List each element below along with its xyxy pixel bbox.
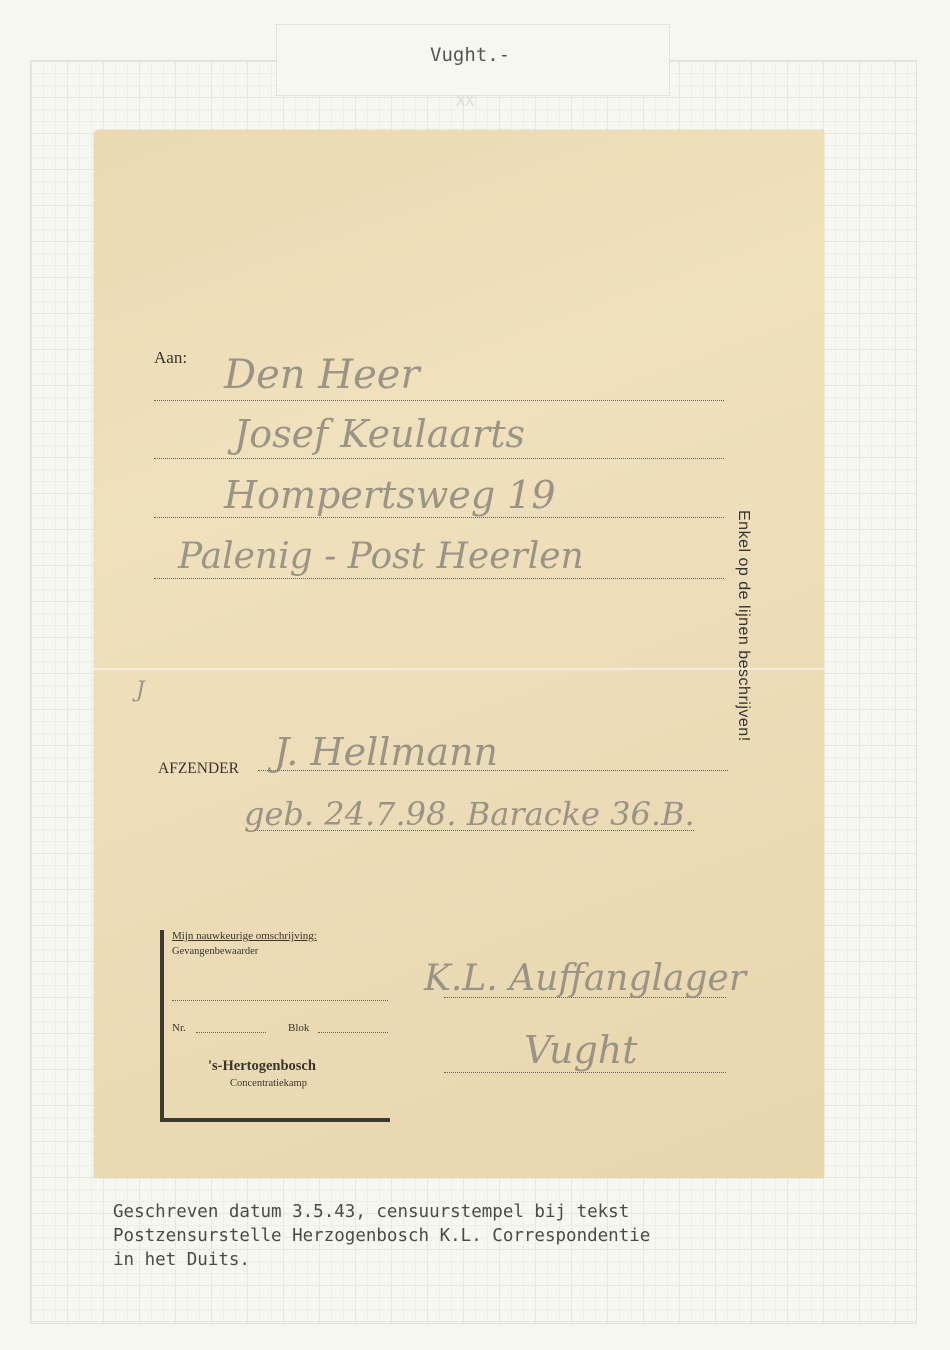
address-line-4 xyxy=(154,578,724,579)
handwritten-address-2: Josef Keulaarts xyxy=(234,412,525,456)
guard-box-line xyxy=(172,1000,388,1001)
page-title: Vught.- xyxy=(430,44,630,66)
guard-box-heading: Mijn nauwkeurige omschrijving: xyxy=(172,930,317,942)
guard-description-box: Mijn nauwkeurige omschrijving: Gevangenb… xyxy=(160,930,390,1122)
camp-line-2 xyxy=(444,1072,726,1073)
handwritten-sender-name: J. Hellmann xyxy=(274,730,498,774)
blok-line xyxy=(318,1032,388,1033)
album-caption: Geschreven datum 3.5.43, censuurstempel … xyxy=(113,1200,893,1272)
blok-label: Blok xyxy=(288,1022,309,1034)
camp-name: Concentratiekamp xyxy=(230,1078,307,1089)
handwritten-camp-2: Vught xyxy=(524,1028,638,1072)
guard-box-subheading: Gevangenbewaarder xyxy=(172,946,258,957)
handwritten-address-1: Den Heer xyxy=(224,352,420,398)
fold-line xyxy=(94,668,824,670)
sender-label: AFZENDER xyxy=(158,760,239,778)
city-name: 's-Hertogenbosch xyxy=(208,1058,316,1075)
address-line-3 xyxy=(154,517,724,518)
margin-mark: J xyxy=(136,678,145,703)
nr-label: Nr. xyxy=(172,1022,186,1034)
handwritten-address-3: Hompertsweg 19 xyxy=(224,473,556,517)
album-page: Vught.- XX Aan: Den Heer Josef Keulaarts… xyxy=(0,0,950,1350)
addressee-label: Aan: xyxy=(154,348,187,368)
address-line-1 xyxy=(154,400,724,401)
faint-mark: XX xyxy=(456,92,474,110)
address-line-2 xyxy=(154,458,724,459)
handwritten-address-4: Palenig - Post Heerlen xyxy=(178,536,584,577)
nr-line xyxy=(196,1032,266,1033)
handwritten-camp-1: K.L. Auffanglager xyxy=(424,958,746,999)
prison-letter-sheet: Aan: Den Heer Josef Keulaarts Hompertswe… xyxy=(94,130,824,1178)
handwritten-sender-details: geb. 24.7.98. Baracke 36.B. xyxy=(244,795,695,833)
vertical-instruction: Enkel op de lijnen beschrijven! xyxy=(734,510,752,742)
